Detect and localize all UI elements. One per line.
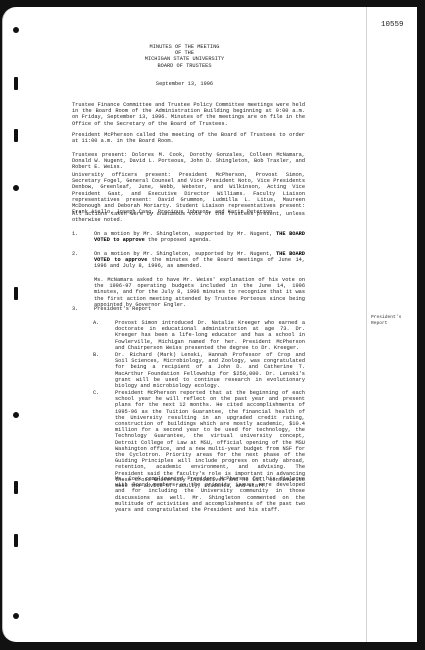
document-title: MINUTES OF THE MEETING OF THE MICHIGAN S… — [3, 44, 366, 69]
paragraph-officers-present: University officers present: President M… — [72, 172, 305, 215]
paragraph-unanimous: All actions taken were by unanimous vote… — [72, 211, 305, 223]
paragraph-committees: Trustee Finance Committee and Trustee Po… — [72, 102, 305, 127]
subitem-letter: A. — [93, 320, 99, 326]
page-number: 10559 — [381, 21, 404, 29]
punch-hole-icon — [14, 287, 18, 300]
punch-hole-icon — [14, 129, 18, 142]
subitem-followup: Ms. Cook complimented President McPherso… — [115, 476, 305, 513]
margin-note: President's Report — [371, 315, 411, 326]
item-note: Ms. McNamara asked to have Mr. Weiss' ex… — [94, 277, 305, 308]
paragraph-trustees-present: Trustees present: Dolores M. Cook, Dorot… — [72, 152, 305, 171]
punch-hole-icon — [14, 481, 18, 494]
punch-hole-icon — [14, 534, 18, 547]
item-text-before: On a motion by Mr. Shingleton, supported… — [94, 231, 276, 237]
document-page: 10559 MINUTES OF THE MEETING OF THE MICH… — [2, 7, 417, 642]
subitem-letter: B. — [93, 352, 99, 358]
punch-hole-icon — [13, 185, 19, 191]
title-line: BOARD OF TRUSTEES — [3, 63, 366, 69]
meeting-date: September 13, 1996 — [3, 81, 366, 87]
item-text-before: On a motion by Mr. Shingleton, supported… — [94, 251, 276, 257]
item-number: 1. — [72, 231, 78, 237]
margin-rule — [366, 7, 367, 642]
subitem-text: Dr. Richard (Mark) Lenski, Hannah Profes… — [115, 352, 305, 389]
subitem-text: Provost Simon introduced Dr. Natalie Kre… — [115, 320, 305, 351]
item-text: On a motion by Mr. Shingleton, supported… — [94, 231, 305, 243]
subitem-text: President McPherson reported that at the… — [115, 390, 305, 489]
punch-hole-icon — [13, 613, 19, 619]
punch-hole-icon — [13, 412, 19, 418]
item-number: 2. — [72, 251, 78, 257]
section-heading: President's Report — [94, 306, 305, 312]
item-number: 3. — [72, 306, 78, 312]
item-text-after: the proposed agenda. — [145, 237, 212, 243]
subitem-letter: C. — [93, 390, 99, 396]
item-text: On a motion by Mr. Shingleton, supported… — [94, 251, 305, 270]
punch-hole-icon — [13, 27, 19, 33]
paragraph-call-to-order: President McPherson called the meeting o… — [72, 132, 305, 144]
